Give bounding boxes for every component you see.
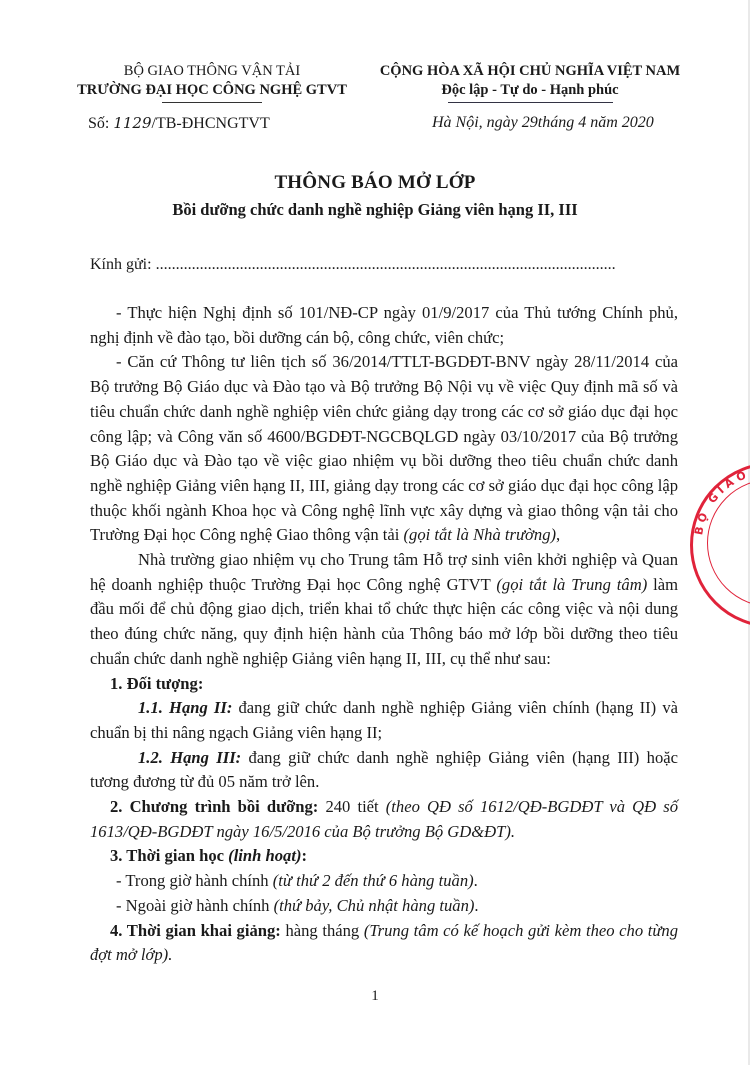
- document-number: Số: 1129/TB-ĐHCNGTVT: [88, 114, 270, 133]
- section-colon: :: [301, 846, 307, 865]
- assignment-italic: (gọi tắt là Trung tâm): [496, 575, 647, 594]
- subsection-label: 1.1. Hạng II:: [138, 698, 232, 717]
- section-italic: (linh hoạt): [228, 846, 301, 865]
- item-italic: (từ thứ 2 đến thứ 6 hàng tuần): [273, 871, 474, 890]
- country-name: CỘNG HÒA XÃ HỘI CHỦ NGHĨA VIỆT NAM: [365, 62, 695, 81]
- doc-number-prefix: Số:: [88, 115, 113, 132]
- svg-text:BỘ GIAO THÔ: BỘ GIAO THÔ: [692, 464, 750, 536]
- section-3-item-2: - Ngoài giờ hành chính (thứ bảy, Chủ nhậ…: [90, 894, 678, 919]
- day-handwritten: 29: [522, 114, 538, 131]
- item-text: - Ngoài giờ hành chính: [116, 896, 274, 915]
- item-text: - Trong giờ hành chính: [116, 871, 273, 890]
- divider: [448, 102, 613, 103]
- greeting-line: Kính gửi: ..............................…: [90, 256, 675, 274]
- section-1-1: 1.1. Hạng II: đang giữ chức danh nghề ng…: [90, 696, 678, 745]
- university-name: TRƯỜNG ĐẠI HỌC CÔNG NGHỆ GTVT: [62, 81, 362, 100]
- ministry-name: BỘ GIAO THÔNG VẬN TẢI: [62, 62, 362, 81]
- assignment-paragraph: Nhà trường giao nhiệm vụ cho Trung tâm H…: [90, 548, 678, 672]
- divider: [162, 102, 262, 103]
- section-value: 240 tiết: [318, 797, 385, 816]
- basis-text: - Căn cứ Thông tư liên tịch số 36/2014/T…: [90, 352, 678, 544]
- basis-italic: (gọi tắt là Nhà trường): [404, 525, 557, 544]
- section-3-item-1: - Trong giờ hành chính (từ thứ 2 đến thứ…: [90, 869, 678, 894]
- place-date: Hà Nội, ngày 29tháng 4 năm 2020: [432, 114, 654, 132]
- section-heading: 2. Chương trình bồi dưỡng:: [110, 797, 318, 816]
- document-subtitle: Bồi dưỡng chức danh nghề nghiệp Giảng vi…: [0, 200, 750, 220]
- section-2: 2. Chương trình bồi dưỡng: 240 tiết (the…: [90, 795, 678, 844]
- document-title: THÔNG BÁO MỞ LỚP: [0, 172, 750, 194]
- motto: Độc lập - Tự do - Hạnh phúc: [365, 81, 695, 100]
- section-3-heading: 3. Thời gian học (linh hoạt):: [90, 844, 678, 869]
- basis-paragraph-2: - Căn cứ Thông tư liên tịch số 36/2014/T…: [90, 350, 678, 548]
- place-suffix: tháng 4 năm 2020: [538, 114, 654, 131]
- item-italic: (thứ bảy, Chủ nhật hàng tuần): [274, 896, 475, 915]
- national-motto: CỘNG HÒA XÃ HỘI CHỦ NGHĨA VIỆT NAM Độc l…: [365, 62, 695, 103]
- section-heading: 4. Thời gian khai giảng:: [110, 921, 281, 940]
- section-heading: 3. Thời gian học: [110, 846, 228, 865]
- section-value: hàng tháng: [281, 921, 364, 940]
- document-body: - Thực hiện Nghị định số 101/NĐ-CP ngày …: [90, 301, 678, 968]
- section-heading: 1. Đối tượng:: [110, 674, 203, 693]
- issuing-authority: BỘ GIAO THÔNG VẬN TẢI TRƯỜNG ĐẠI HỌC CÔN…: [62, 62, 362, 103]
- subsection-label: 1.2. Hạng III:: [138, 748, 241, 767]
- section-1-heading: 1. Đối tượng:: [90, 672, 678, 697]
- item-period: .: [474, 896, 478, 915]
- section-1-2: 1.2. Hạng III: đang giữ chức danh nghề n…: [90, 746, 678, 795]
- section-4: 4. Thời gian khai giảng: hàng tháng (Tru…: [90, 919, 678, 968]
- item-period: .: [474, 871, 478, 890]
- basis-end: ,: [556, 525, 560, 544]
- doc-number-handwritten: 1129: [113, 114, 151, 132]
- doc-number-suffix: /TB-ĐHCNGTVT: [152, 115, 270, 132]
- stamp-ring-text: BỘ GIAO THÔ: [690, 462, 750, 622]
- page-number: 1: [0, 988, 750, 1005]
- basis-paragraph-1: - Thực hiện Nghị định số 101/NĐ-CP ngày …: [90, 301, 678, 350]
- official-red-stamp: TRƯỜ ĐẠI H CÔNG I GIAO T VẬN BỘ GIAO THÔ: [690, 462, 750, 628]
- place-prefix: Hà Nội, ngày: [432, 114, 522, 131]
